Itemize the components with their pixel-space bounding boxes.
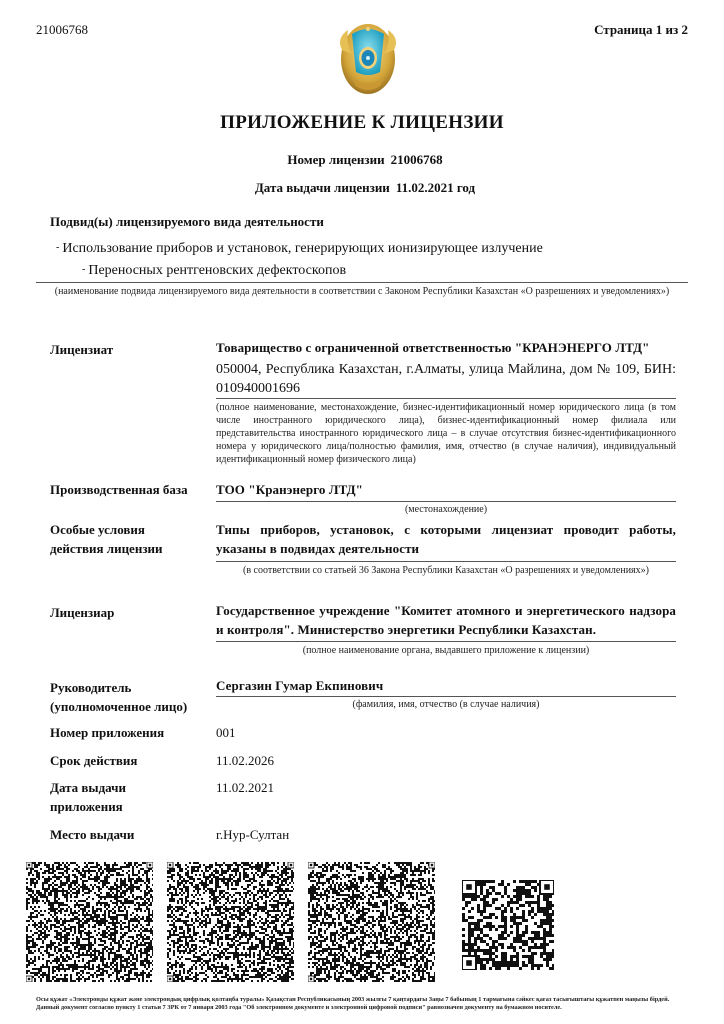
divider bbox=[216, 501, 676, 502]
validity-label: Срок действия bbox=[50, 751, 137, 770]
datamatrix-code-1-icon bbox=[26, 862, 153, 982]
bullet-dash-icon: - bbox=[56, 242, 59, 253]
validity-value: 11.02.2026 bbox=[216, 751, 676, 770]
production-base-value: ТОО "Кранэнерго ЛТД" bbox=[216, 480, 676, 499]
datamatrix-code-3-icon bbox=[308, 862, 435, 982]
licensee-note: (полное наименование, местонахождение, б… bbox=[216, 401, 676, 466]
subtypes-heading: Подвид(ы) лицензируемого вида деятельнос… bbox=[50, 214, 324, 230]
divider bbox=[216, 561, 676, 562]
license-date-row: Дата выдачи лицензии11.02.2021 год bbox=[0, 180, 724, 196]
appendix-number-value: 001 bbox=[216, 723, 676, 742]
issue-place-value: г.Нур-Султан bbox=[216, 825, 676, 844]
license-number-label: Номер лицензии bbox=[287, 152, 384, 167]
head-value: Сергазин Гумар Екпинович bbox=[216, 676, 676, 695]
head-note: (фамилия, имя, отчество (в случае наличи… bbox=[216, 698, 676, 711]
state-emblem-icon bbox=[330, 20, 406, 98]
appendix-date-label: Дата выдачи приложения bbox=[50, 778, 170, 816]
license-number-value: 21006768 bbox=[391, 152, 443, 167]
license-date-label: Дата выдачи лицензии bbox=[255, 180, 390, 195]
legal-footer: Осы құжат «Электронды құжат және электро… bbox=[36, 996, 688, 1012]
divider bbox=[216, 641, 676, 642]
divider bbox=[36, 282, 688, 283]
licensee-label: Лицензиат bbox=[50, 340, 113, 359]
appendix-date-value: 11.02.2021 bbox=[216, 778, 676, 797]
licensee-name: Товарищество с ограниченной ответственно… bbox=[216, 338, 676, 357]
appendix-number-label: Номер приложения bbox=[50, 723, 164, 742]
license-date-value: 11.02.2021 год bbox=[396, 180, 475, 195]
subtypes-note: (наименование подвида лицензируемого вид… bbox=[40, 285, 684, 298]
head-label: Руководитель (уполномоченное лицо) bbox=[50, 678, 210, 716]
production-base-label: Производственная база bbox=[50, 480, 188, 499]
page-title: ПРИЛОЖЕНИЕ К ЛИЦЕНЗИИ bbox=[0, 112, 724, 134]
production-base-note: (местонахождение) bbox=[216, 503, 676, 516]
special-conditions-note: (в соответствии со статьей 36 Закона Рес… bbox=[216, 564, 676, 577]
issue-place-label: Место выдачи bbox=[50, 825, 134, 844]
divider bbox=[216, 696, 676, 697]
license-number-row: Номер лицензии21006768 bbox=[0, 152, 724, 168]
bullet-dash-icon: - bbox=[82, 264, 85, 275]
licensor-label: Лицензиар bbox=[50, 603, 114, 622]
special-conditions-label: Особые условия действия лицензии bbox=[50, 520, 200, 558]
licensor-note: (полное наименование органа, выдавшего п… bbox=[216, 644, 676, 657]
special-conditions-value: Типы приборов, установок, с которыми лиц… bbox=[216, 520, 676, 558]
subtype-item: -Использование приборов и установок, ген… bbox=[56, 241, 543, 257]
qr-code-icon bbox=[462, 880, 554, 970]
subtype-subitem: -Переносных рентгеновских дефектоскопов bbox=[82, 263, 346, 279]
licensee-address: 050004, Республика Казахстан, г.Алматы, … bbox=[216, 360, 676, 398]
divider bbox=[216, 398, 676, 399]
datamatrix-code-2-icon bbox=[167, 862, 294, 982]
document-id: 21006768 bbox=[36, 22, 88, 38]
licensor-value: Государственное учреждение "Комитет атом… bbox=[216, 601, 676, 639]
page-indicator: Страница 1 из 2 bbox=[594, 22, 688, 38]
